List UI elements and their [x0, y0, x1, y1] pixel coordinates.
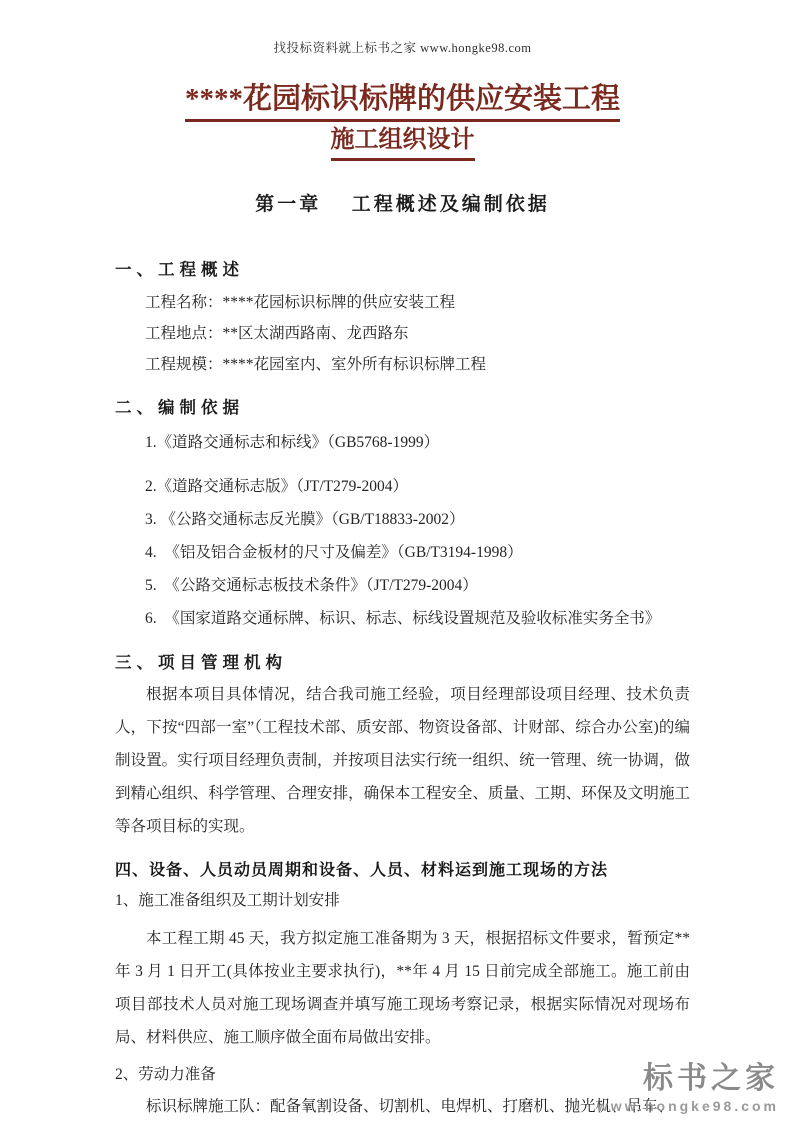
watermark: 标书之家 www.hongke98.com	[597, 1064, 779, 1114]
reference-item-2: 2.《道路交通标志版》（JT/T279-2004）	[145, 470, 690, 503]
reference-list: 1.《道路交通标志和标线》（GB5768-1999） 2.《道路交通标志版》（J…	[115, 426, 690, 635]
reference-item-5: 5. 《公路交通标志板技术条件》（JT/T279-2004）	[145, 569, 690, 602]
document-title-line-1-text: ****花园标识标牌的供应安装工程	[185, 80, 620, 122]
section-1-heading: 一、工程概述	[115, 256, 690, 280]
section-3-paragraph: 根据本项目具体情况，结合我司施工经验，项目经理部设项目经理、技术负责人，下按“四…	[115, 678, 690, 843]
project-name-line: 工程名称：****花园标识标牌的供应安装工程	[145, 287, 690, 318]
chapter-heading: 第一章工程概述及编制依据	[115, 189, 690, 216]
section-3-heading: 三、项目管理机构	[115, 649, 690, 673]
document-title-line-2-text: 施工组织设计	[331, 125, 475, 161]
document-title-line-2: 施工组织设计	[115, 125, 690, 161]
project-scale-line: 工程规模：****花园室内、室外所有标识标牌工程	[145, 349, 690, 380]
document-page: 找投标资料就上标书之家 www.hongke98.com ****花园标识标牌的…	[0, 0, 793, 1122]
preparation-schedule-paragraph: 本工程工期 45 天，我方拟定施工准备期为 3 天，根据招标文件要求，暂预定**…	[115, 922, 690, 1054]
reference-item-3: 3. 《公路交通标志反光膜》（GB/T18833-2002）	[145, 503, 690, 536]
reference-item-1: 1.《道路交通标志和标线》（GB5768-1999）	[145, 426, 690, 459]
watermark-url: www.hongke98.com	[597, 1098, 779, 1114]
watermark-logo: 标书之家	[597, 1064, 779, 1094]
project-location-line: 工程地点：**区太湖西路南、龙西路东	[145, 318, 690, 349]
section-2-heading: 二、编制依据	[115, 394, 690, 418]
page-header-note: 找投标资料就上标书之家 www.hongke98.com	[115, 38, 690, 56]
section-4-heading: 四、设备、人员动员周期和设备、人员、材料运到施工现场的方法	[115, 857, 690, 880]
reference-item-6: 6. 《国家道路交通标牌、标识、标志、标线设置规范及验收标准实务全书》	[145, 602, 690, 635]
reference-item-4: 4. 《铝及铝合金板材的尺寸及偏差》（GB/T3194-1998）	[145, 536, 690, 569]
document-title: ****花园标识标牌的供应安装工程 施工组织设计	[115, 80, 690, 161]
chapter-number: 第一章	[255, 194, 321, 215]
subsection-1-heading: 1、施工准备组织及工期计划安排	[115, 885, 690, 917]
chapter-name: 工程概述及编制依据	[352, 194, 550, 215]
document-title-line-1: ****花园标识标牌的供应安装工程	[115, 80, 690, 122]
project-info-block: 工程名称：****花园标识标牌的供应安装工程 工程地点：**区太湖西路南、龙西路…	[115, 287, 690, 380]
